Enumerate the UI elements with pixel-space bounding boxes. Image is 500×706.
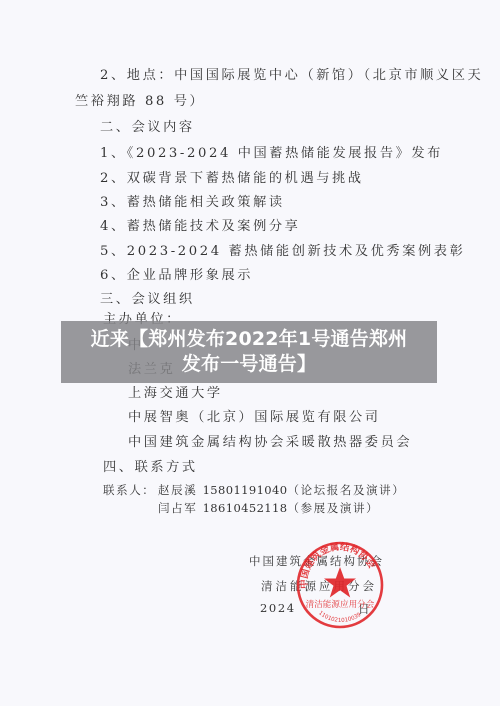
agenda-item-4: 4、蓄热储能技术及案例分享 (100, 215, 300, 234)
agenda-item-6: 6、企业品牌形象展示 (100, 264, 253, 283)
official-seal-icon: 中国建筑金属结构协会 清洁能源应用分会 1101021010039 (296, 541, 384, 629)
contact-role: （参展及演讲） (287, 501, 379, 515)
agenda-item-1: 1、《2023-2024 中国蓄热储能发展报告》发布 (100, 142, 443, 161)
contact-label: 联系人： (103, 482, 155, 498)
agenda-item-2: 2、双碳背景下蓄热储能的机遇与挑战 (100, 167, 364, 186)
contact-name: 闫占军 (158, 501, 197, 515)
venue-line-1: 2、地点：中国国际展览中心（新馆）（北京市顺义区天 (100, 64, 483, 83)
contact-role: （论坛报名及演讲） (287, 483, 405, 497)
contact-row-1: 赵辰溪 15801191040（论坛报名及演讲） (158, 482, 405, 498)
organizer-3: 上海交通大学 (128, 382, 223, 401)
title-overlay-banner: 近来【郑州发布2022年1号通告郑州 发布一号通告】 (61, 321, 437, 383)
contact-phone: 18610452118 (203, 501, 288, 515)
venue-line-2: 竺裕翔路 88 号） (75, 90, 205, 109)
section-3-title: 三、会议组织 (100, 288, 195, 307)
agenda-item-5: 5、2023-2024 蓄热储能创新技术及优秀案例表彰 (100, 240, 465, 259)
agenda-item-3: 3、蓄热储能相关政策解读 (100, 191, 285, 210)
contact-name: 赵辰溪 (158, 483, 197, 497)
overlay-title-line-2: 发布一号通告】 (182, 352, 316, 377)
section-4-title: 四、联系方式 (103, 456, 198, 475)
signature-date-year: 2024 (260, 601, 296, 615)
svg-text:清洁能源应用分会: 清洁能源应用分会 (306, 598, 375, 610)
overlay-title-line-1: 近来【郑州发布2022年1号通告郑州 (91, 327, 408, 352)
section-2-title: 二、会议内容 (100, 116, 195, 135)
svg-text:1101021010039: 1101021010039 (317, 610, 363, 624)
organizer-5: 中国建筑金属结构协会采暖散热器委员会 (128, 431, 412, 450)
contact-row-2: 闫占军 18610452118（参展及演讲） (158, 500, 379, 516)
contact-phone: 15801191040 (203, 483, 288, 497)
organizer-4: 中展智奥（北京）国际展览有限公司 (128, 406, 381, 425)
